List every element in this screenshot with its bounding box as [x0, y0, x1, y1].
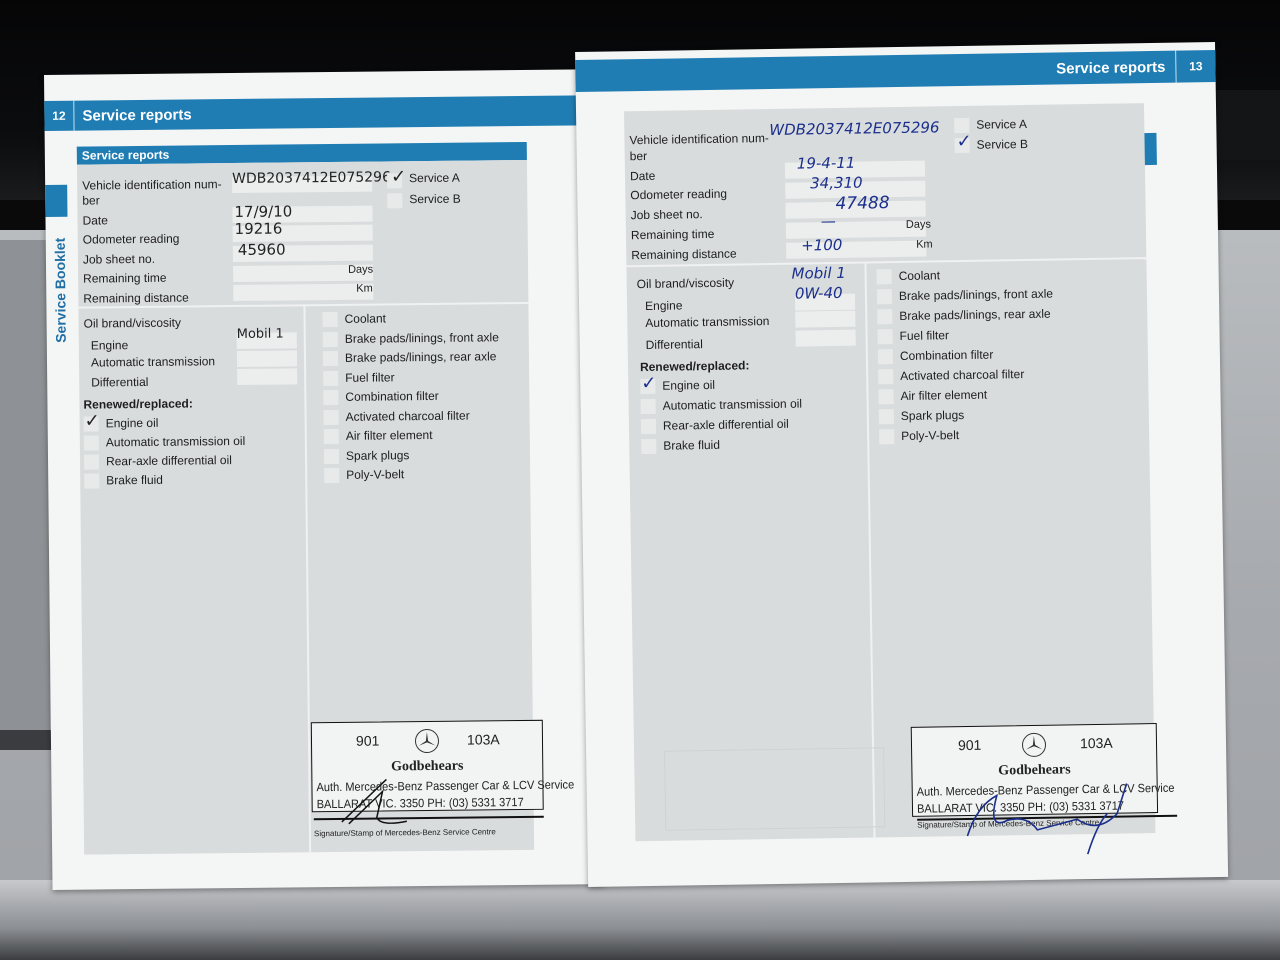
- other-item-checkbox[interactable]: [877, 289, 892, 304]
- stamp-code-right: 103A: [1080, 735, 1113, 752]
- odometer-label: Odometer reading: [630, 187, 727, 203]
- other-item-label: Fuel filter: [345, 370, 395, 385]
- remaining-time-label: Remaining time: [631, 227, 715, 242]
- service-b-label: Service B: [409, 192, 461, 207]
- signature-caption: Signature/Stamp of Mercedes-Benz Service…: [314, 827, 496, 838]
- renewed-item-checkbox[interactable]: [84, 473, 99, 488]
- stamp-code-left: 901: [958, 737, 982, 753]
- job-sheet-label: Job sheet no.: [631, 207, 703, 222]
- oil-engine-value: 0W-40: [795, 284, 843, 303]
- check-icon: ✓: [85, 411, 100, 429]
- odometer-value: 19216: [235, 220, 283, 238]
- service-a-label: Service A: [976, 117, 1027, 132]
- service-a-label: Service A: [409, 171, 460, 186]
- oil-differential-field[interactable]: [237, 368, 297, 385]
- other-items-list: CoolantBrake pads/linings, front axleBra…: [624, 103, 1144, 111]
- check-icon: ✓: [641, 374, 656, 392]
- renewed-item-label: Brake fluid: [663, 438, 720, 453]
- vin-label-cont: ber: [82, 193, 99, 207]
- renewed-item-label: Engine oil: [106, 416, 159, 431]
- other-item-checkbox[interactable]: [324, 468, 339, 483]
- renewed-list: ✓Engine oilAutomatic transmission oilRea…: [624, 103, 1144, 111]
- other-item-label: Spark plugs: [901, 408, 965, 423]
- oil-auto-trans-label: Automatic transmission: [645, 314, 769, 330]
- page-header-title: Service reports: [82, 106, 191, 124]
- service-a-check-icon: ✓: [391, 167, 406, 185]
- other-item-label: Combination filter: [900, 348, 994, 363]
- oil-engine-label: Engine: [645, 298, 683, 313]
- other-item-checkbox[interactable]: [323, 370, 338, 385]
- renewed-item-checkbox[interactable]: [641, 439, 656, 454]
- service-b-check-icon: ✓: [956, 132, 971, 150]
- other-item-label: Air filter element: [900, 388, 987, 403]
- renewed-item-label: Rear-axle differential oil: [663, 417, 789, 433]
- other-item-label: Brake pads/linings, front axle: [899, 287, 1053, 303]
- remaining-distance-label: Remaining distance: [83, 290, 189, 305]
- oil-differential-label: Differential: [91, 375, 148, 390]
- mercedes-star-icon: [1022, 733, 1046, 757]
- other-item-checkbox[interactable]: [323, 390, 338, 405]
- oil-auto-trans-field[interactable]: [795, 311, 855, 328]
- other-item-label: Brake pads/linings, front axle: [345, 330, 499, 346]
- other-item-checkbox[interactable]: [877, 329, 892, 344]
- silver-surface-shadow: [0, 240, 50, 740]
- page-header-title: Service reports: [1056, 58, 1165, 77]
- other-item-checkbox[interactable]: [879, 409, 894, 424]
- oil-heading: Oil brand/viscosity: [84, 316, 182, 331]
- other-item-checkbox[interactable]: [324, 448, 339, 463]
- odometer-value: 34,310: [810, 174, 863, 193]
- renewed-heading: Renewed/replaced:: [83, 396, 193, 411]
- page-number: 12: [44, 101, 74, 131]
- job-sheet-label: Job sheet no.: [83, 252, 155, 267]
- date-value: 17/9/10: [234, 202, 292, 221]
- service-b-label: Service B: [976, 137, 1028, 152]
- renewed-item-label: Brake fluid: [106, 473, 163, 488]
- service-b-checkbox[interactable]: [387, 193, 402, 208]
- right-page: Service reports 13 Service Booklet Vehic…: [575, 42, 1228, 887]
- oil-engine-value: Mobil 1: [237, 327, 284, 342]
- other-item-label: Combination filter: [345, 389, 439, 404]
- renewed-item-checkbox[interactable]: [84, 454, 99, 469]
- remaining-time-unit: Days: [348, 264, 373, 276]
- other-item-checkbox[interactable]: [878, 349, 893, 364]
- other-item-checkbox[interactable]: [878, 369, 893, 384]
- signature: [336, 771, 417, 832]
- renewed-item-checkbox[interactable]: [641, 419, 656, 434]
- date-label: Date: [82, 213, 108, 227]
- job-sheet-value: 45960: [238, 240, 286, 258]
- column-divider: [303, 304, 311, 852]
- side-tab-marker: [45, 185, 67, 217]
- other-item-checkbox[interactable]: [324, 409, 339, 424]
- stamp-code-right: 103A: [467, 731, 500, 747]
- other-item-label: Poly-V-belt: [901, 428, 959, 443]
- signature: [947, 773, 1148, 866]
- other-item-label: Fuel filter: [899, 328, 949, 343]
- remaining-distance-label: Remaining distance: [631, 247, 737, 263]
- renewed-item-label: Automatic transmission oil: [663, 397, 803, 413]
- odometer-label: Odometer reading: [83, 232, 180, 247]
- renewed-item-label: Rear-axle differential oil: [106, 453, 232, 468]
- other-item-label: Brake pads/linings, rear axle: [345, 349, 497, 365]
- renewed-item-label: Engine oil: [662, 378, 715, 393]
- oil-auto-trans-label: Automatic transmission: [91, 354, 215, 369]
- page-number: 13: [1175, 50, 1215, 83]
- date-label: Date: [630, 169, 656, 183]
- oil-differential-field[interactable]: [795, 330, 855, 347]
- oil-differential-label: Differential: [646, 337, 703, 352]
- other-item-checkbox[interactable]: [877, 309, 892, 324]
- other-item-label: Air filter element: [346, 428, 433, 443]
- date-value: 19-4-11: [797, 154, 856, 173]
- vin-value: WDB2037412E075296: [232, 169, 391, 187]
- oil-engine-label: Engine: [91, 338, 129, 352]
- other-item-label: Brake pads/linings, rear axle: [899, 307, 1051, 323]
- other-item-checkbox[interactable]: [323, 351, 338, 366]
- remaining-distance-field[interactable]: [233, 284, 373, 301]
- other-item-checkbox[interactable]: [877, 269, 892, 284]
- other-item-label: Activated charcoal filter: [346, 408, 470, 423]
- remaining-distance-value: +100: [801, 236, 842, 255]
- other-item-checkbox[interactable]: [324, 429, 339, 444]
- remaining-distance-unit: Km: [356, 283, 373, 295]
- oil-auto-trans-field[interactable]: [237, 350, 297, 367]
- surface-bottom-edge: [0, 880, 1280, 960]
- vin-value: WDB2037412E075296: [769, 118, 939, 139]
- renewed-item-label: Automatic transmission oil: [106, 434, 246, 449]
- other-item-checkbox[interactable]: [322, 312, 337, 327]
- left-page: 12 Service reports Service reports Servi…: [44, 69, 605, 890]
- job-sheet-value: 47488: [835, 193, 889, 214]
- renewed-heading: Renewed/replaced:: [640, 358, 750, 374]
- right-page-header: Service reports 13: [575, 50, 1215, 92]
- other-item-label: Poly-V-belt: [346, 467, 404, 482]
- other-item-label: Spark plugs: [346, 448, 410, 463]
- renewed-item-checkbox[interactable]: [641, 399, 656, 414]
- vin-label: Vehicle identification num-: [82, 177, 222, 192]
- left-page-header: 12 Service reports: [44, 95, 596, 131]
- oil-brand-value: Mobil 1: [791, 264, 846, 283]
- side-label: Service Booklet: [52, 238, 69, 343]
- stamp-code-left: 901: [356, 733, 380, 749]
- other-item-label: Activated charcoal filter: [900, 367, 1024, 383]
- other-item-label: Coolant: [344, 311, 386, 325]
- other-item-checkbox[interactable]: [879, 429, 894, 444]
- remaining-time-value: —: [821, 212, 836, 230]
- other-item-label: Coolant: [899, 268, 941, 283]
- remaining-time-unit: Days: [906, 218, 931, 230]
- other-item-checkbox[interactable]: [878, 389, 893, 404]
- faint-stamp-imprint: [664, 747, 885, 830]
- other-item-checkbox[interactable]: [323, 331, 338, 346]
- remaining-time-label: Remaining time: [83, 271, 167, 286]
- vin-label-cont: ber: [630, 149, 648, 163]
- renewed-item-checkbox[interactable]: [84, 435, 99, 450]
- vin-label: Vehicle identification num-: [629, 131, 769, 147]
- mercedes-star-icon: [415, 729, 439, 753]
- remaining-distance-unit: Km: [916, 238, 933, 250]
- oil-heading: Oil brand/viscosity: [637, 276, 735, 292]
